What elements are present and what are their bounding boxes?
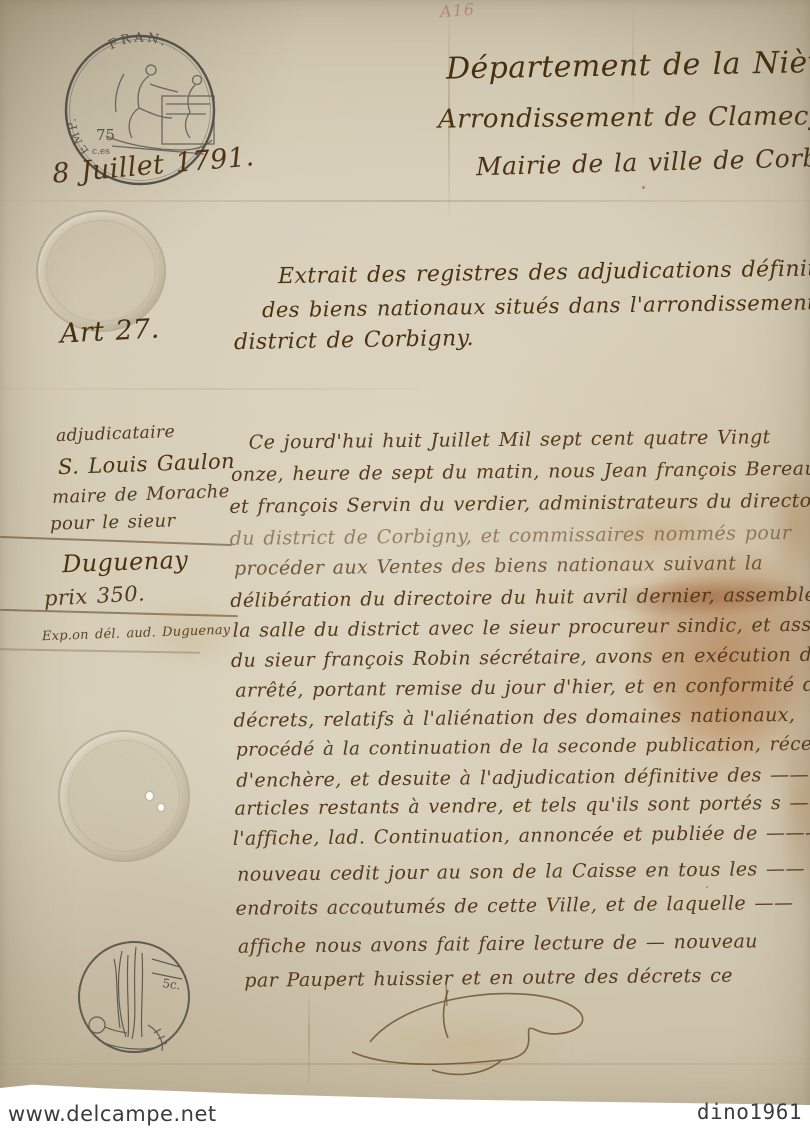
body-line: procéder aux Ventes des biens nationaux … [234, 552, 763, 580]
body-line: du sieur françois Robin sécrétaire, avon… [231, 643, 810, 671]
body-line: endroits accoutumés de cette Ville, et d… [235, 892, 793, 920]
body-line: l'affiche, lad. Continuation, annoncée e… [233, 822, 810, 850]
body-line: procédé à la continuation de la seconde … [236, 733, 810, 761]
ink-speck [706, 886, 708, 888]
paper-hole-2 [158, 804, 164, 811]
ink-flourish [330, 980, 670, 1090]
watermark-site: www.delcampe.net [8, 1102, 217, 1126]
paper-hole-1 [146, 792, 153, 800]
ink-speck [368, 912, 371, 915]
body-line: onze, heure de sept du matin, nous Jean … [231, 458, 810, 486]
body-line: d'enchère, et desuite à l'adjudication d… [236, 764, 809, 792]
document-paper: FRAN. EMP. 75 c.es A16 8 Juillet 1791. D… [0, 0, 810, 1131]
body-line: arrêté, portant remise du jour d'hier, e… [235, 673, 810, 701]
body-line: et françois Servin du verdier, administr… [229, 489, 810, 517]
embossed-seal-lower-icon [58, 730, 190, 862]
body-line: articles restants à vendre, et tels qu'i… [234, 792, 810, 820]
ink-speck [642, 186, 645, 189]
stamp-bottom-engraving [79, 942, 189, 1052]
body-line: la salle du district avec le sieur procu… [233, 613, 810, 642]
watermark-seller: dino1961 [697, 1100, 802, 1124]
body-line: Ce jourd'hui huit Juillet Mil sept cent … [249, 426, 771, 453]
body-line: affiche nous avons fait faire lecture de… [238, 930, 758, 957]
body-line: nouveau cedit jour au son de la Caisse e… [237, 858, 805, 886]
stamp-bottom-value: 5c. [162, 976, 182, 992]
body-line: décrets, relatifs à l'aliénation des dom… [234, 704, 796, 732]
fiscal-stamp-bottom-icon: 5c. [70, 933, 202, 1065]
body-line: délibération du directoire du huit avril… [230, 583, 810, 612]
body-line: du district de Corbigny, et commissaires… [230, 522, 792, 550]
